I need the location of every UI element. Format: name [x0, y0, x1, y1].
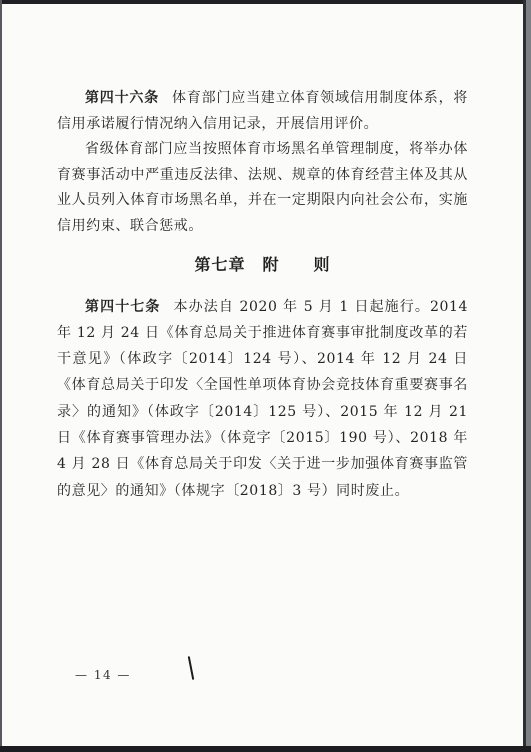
- article-47-term: 第四十七条: [85, 299, 161, 315]
- page-number: — 14 —: [75, 668, 131, 682]
- document-body: 第四十六条体育部门应当建立体育领域信用制度体系，将信用承诺履行情况纳入信用记录，…: [57, 86, 468, 504]
- article-46-paragraph-2-text: 省级体育部门应当按照体育市场黑名单管理制度，将举办体育赛事活动中严重违反法律、法…: [57, 141, 468, 234]
- pen-mark-artifact: [188, 656, 195, 680]
- scan-border-right: [523, 0, 531, 752]
- article-47-paragraph-text: 本办法自 2020 年 5 月 1 日起施行。2014 年 12 月 24 日《…: [57, 299, 468, 499]
- article-46-paragraph-1: 第四十六条体育部门应当建立体育领域信用制度体系，将信用承诺履行情况纳入信用记录，…: [57, 86, 468, 137]
- scan-border-bottom: [0, 746, 531, 752]
- article-47-paragraph: 第四十七条本办法自 2020 年 5 月 1 日起施行。2014 年 12 月 …: [57, 294, 468, 504]
- article-46-term: 第四十六条: [85, 90, 159, 106]
- article-46-paragraph-2: 省级体育部门应当按照体育市场黑名单管理制度，将举办体育赛事活动中严重违反法律、法…: [57, 137, 468, 239]
- scan-border-top: [0, 0, 531, 4]
- chapter-7-heading: 第七章 附 则: [57, 252, 468, 278]
- scanned-document-page: 第四十六条体育部门应当建立体育领域信用制度体系，将信用承诺履行情况纳入信用记录，…: [0, 0, 531, 752]
- scan-border-left: [0, 0, 2, 752]
